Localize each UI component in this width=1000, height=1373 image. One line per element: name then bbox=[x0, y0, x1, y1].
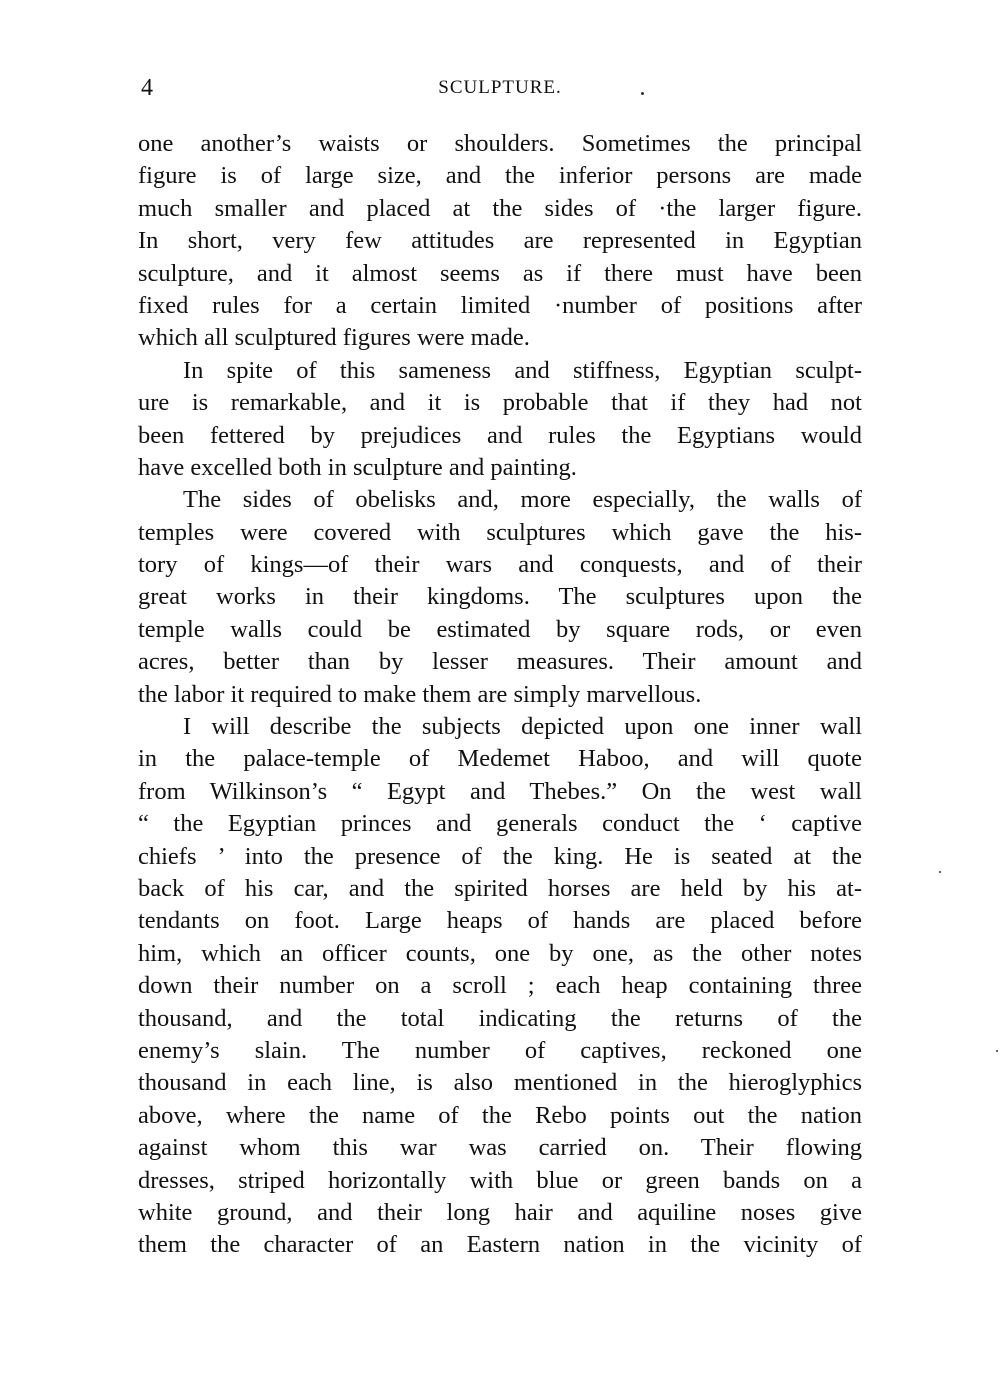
scan-speck bbox=[641, 92, 644, 95]
text-line: dresses, striped horizontally with blue … bbox=[138, 1165, 862, 1197]
running-head: SCULPTURE. bbox=[0, 76, 1000, 100]
text-line: In short, very few attitudes are represe… bbox=[138, 225, 862, 257]
text-line: great works in their kingdoms. The sculp… bbox=[138, 581, 862, 613]
text-line: temples were covered with sculptures whi… bbox=[138, 517, 862, 549]
text-line: thousand, and the total indicating the r… bbox=[138, 1003, 862, 1035]
text-line: down their number on a scroll ; each hea… bbox=[138, 970, 862, 1002]
text-line: sculpture, and it almost seems as if the… bbox=[138, 258, 862, 290]
scan-speck bbox=[996, 1050, 998, 1052]
body-text: one another’s waists or shoulders. Somet… bbox=[138, 128, 862, 1262]
text-line: acres, better than by lesser measures. T… bbox=[138, 646, 862, 678]
text-line: thousand in each line, is also mentioned… bbox=[138, 1067, 862, 1099]
paragraph-start-line: I will describe the subjects depicted up… bbox=[138, 711, 862, 743]
text-line: him, which an officer counts, one by one… bbox=[138, 938, 862, 970]
text-line: figure is of large size, and the inferio… bbox=[138, 160, 862, 192]
paragraph-start-line: In spite of this sameness and stiffness,… bbox=[138, 355, 862, 387]
paragraph-start-line: The sides of obelisks and, more especial… bbox=[138, 484, 862, 516]
text-line: chiefs ’ into the presence of the king. … bbox=[138, 841, 862, 873]
text-line: one another’s waists or shoulders. Somet… bbox=[138, 128, 862, 160]
text-line: which all sculptured figures were made. bbox=[138, 322, 862, 354]
text-line: tendants on foot. Large heaps of hands a… bbox=[138, 905, 862, 937]
text-line: above, where the name of the Rebo points… bbox=[138, 1100, 862, 1132]
text-line: fixed rules for a certain limited ·numbe… bbox=[138, 290, 862, 322]
book-page: 4 SCULPTURE. one another’s waists or sho… bbox=[0, 0, 1000, 1373]
text-line: tory of kings—of their wars and conquest… bbox=[138, 549, 862, 581]
text-line: temple walls could be estimated by squar… bbox=[138, 614, 862, 646]
text-line: been fettered by prejudices and rules th… bbox=[138, 420, 862, 452]
text-line: them the character of an Eastern nation … bbox=[138, 1229, 862, 1261]
text-line: “ the Egyptian princes and generals cond… bbox=[138, 808, 862, 840]
text-line: much smaller and placed at the sides of … bbox=[138, 193, 862, 225]
text-line: have excelled both in sculpture and pain… bbox=[138, 452, 862, 484]
scan-speck bbox=[939, 871, 941, 873]
text-line: white ground, and their long hair and aq… bbox=[138, 1197, 862, 1229]
text-line: enemy’s slain. The number of captives, r… bbox=[138, 1035, 862, 1067]
text-line: ure is remarkable, and it is probable th… bbox=[138, 387, 862, 419]
text-line: back of his car, and the spirited horses… bbox=[138, 873, 862, 905]
text-line: against whom this war was carried on. Th… bbox=[138, 1132, 862, 1164]
text-line: from Wilkinson’s “ Egypt and Thebes.” On… bbox=[138, 776, 862, 808]
text-line: in the palace-temple of Medemet Haboo, a… bbox=[138, 743, 862, 775]
text-line: the labor it required to make them are s… bbox=[138, 679, 862, 711]
